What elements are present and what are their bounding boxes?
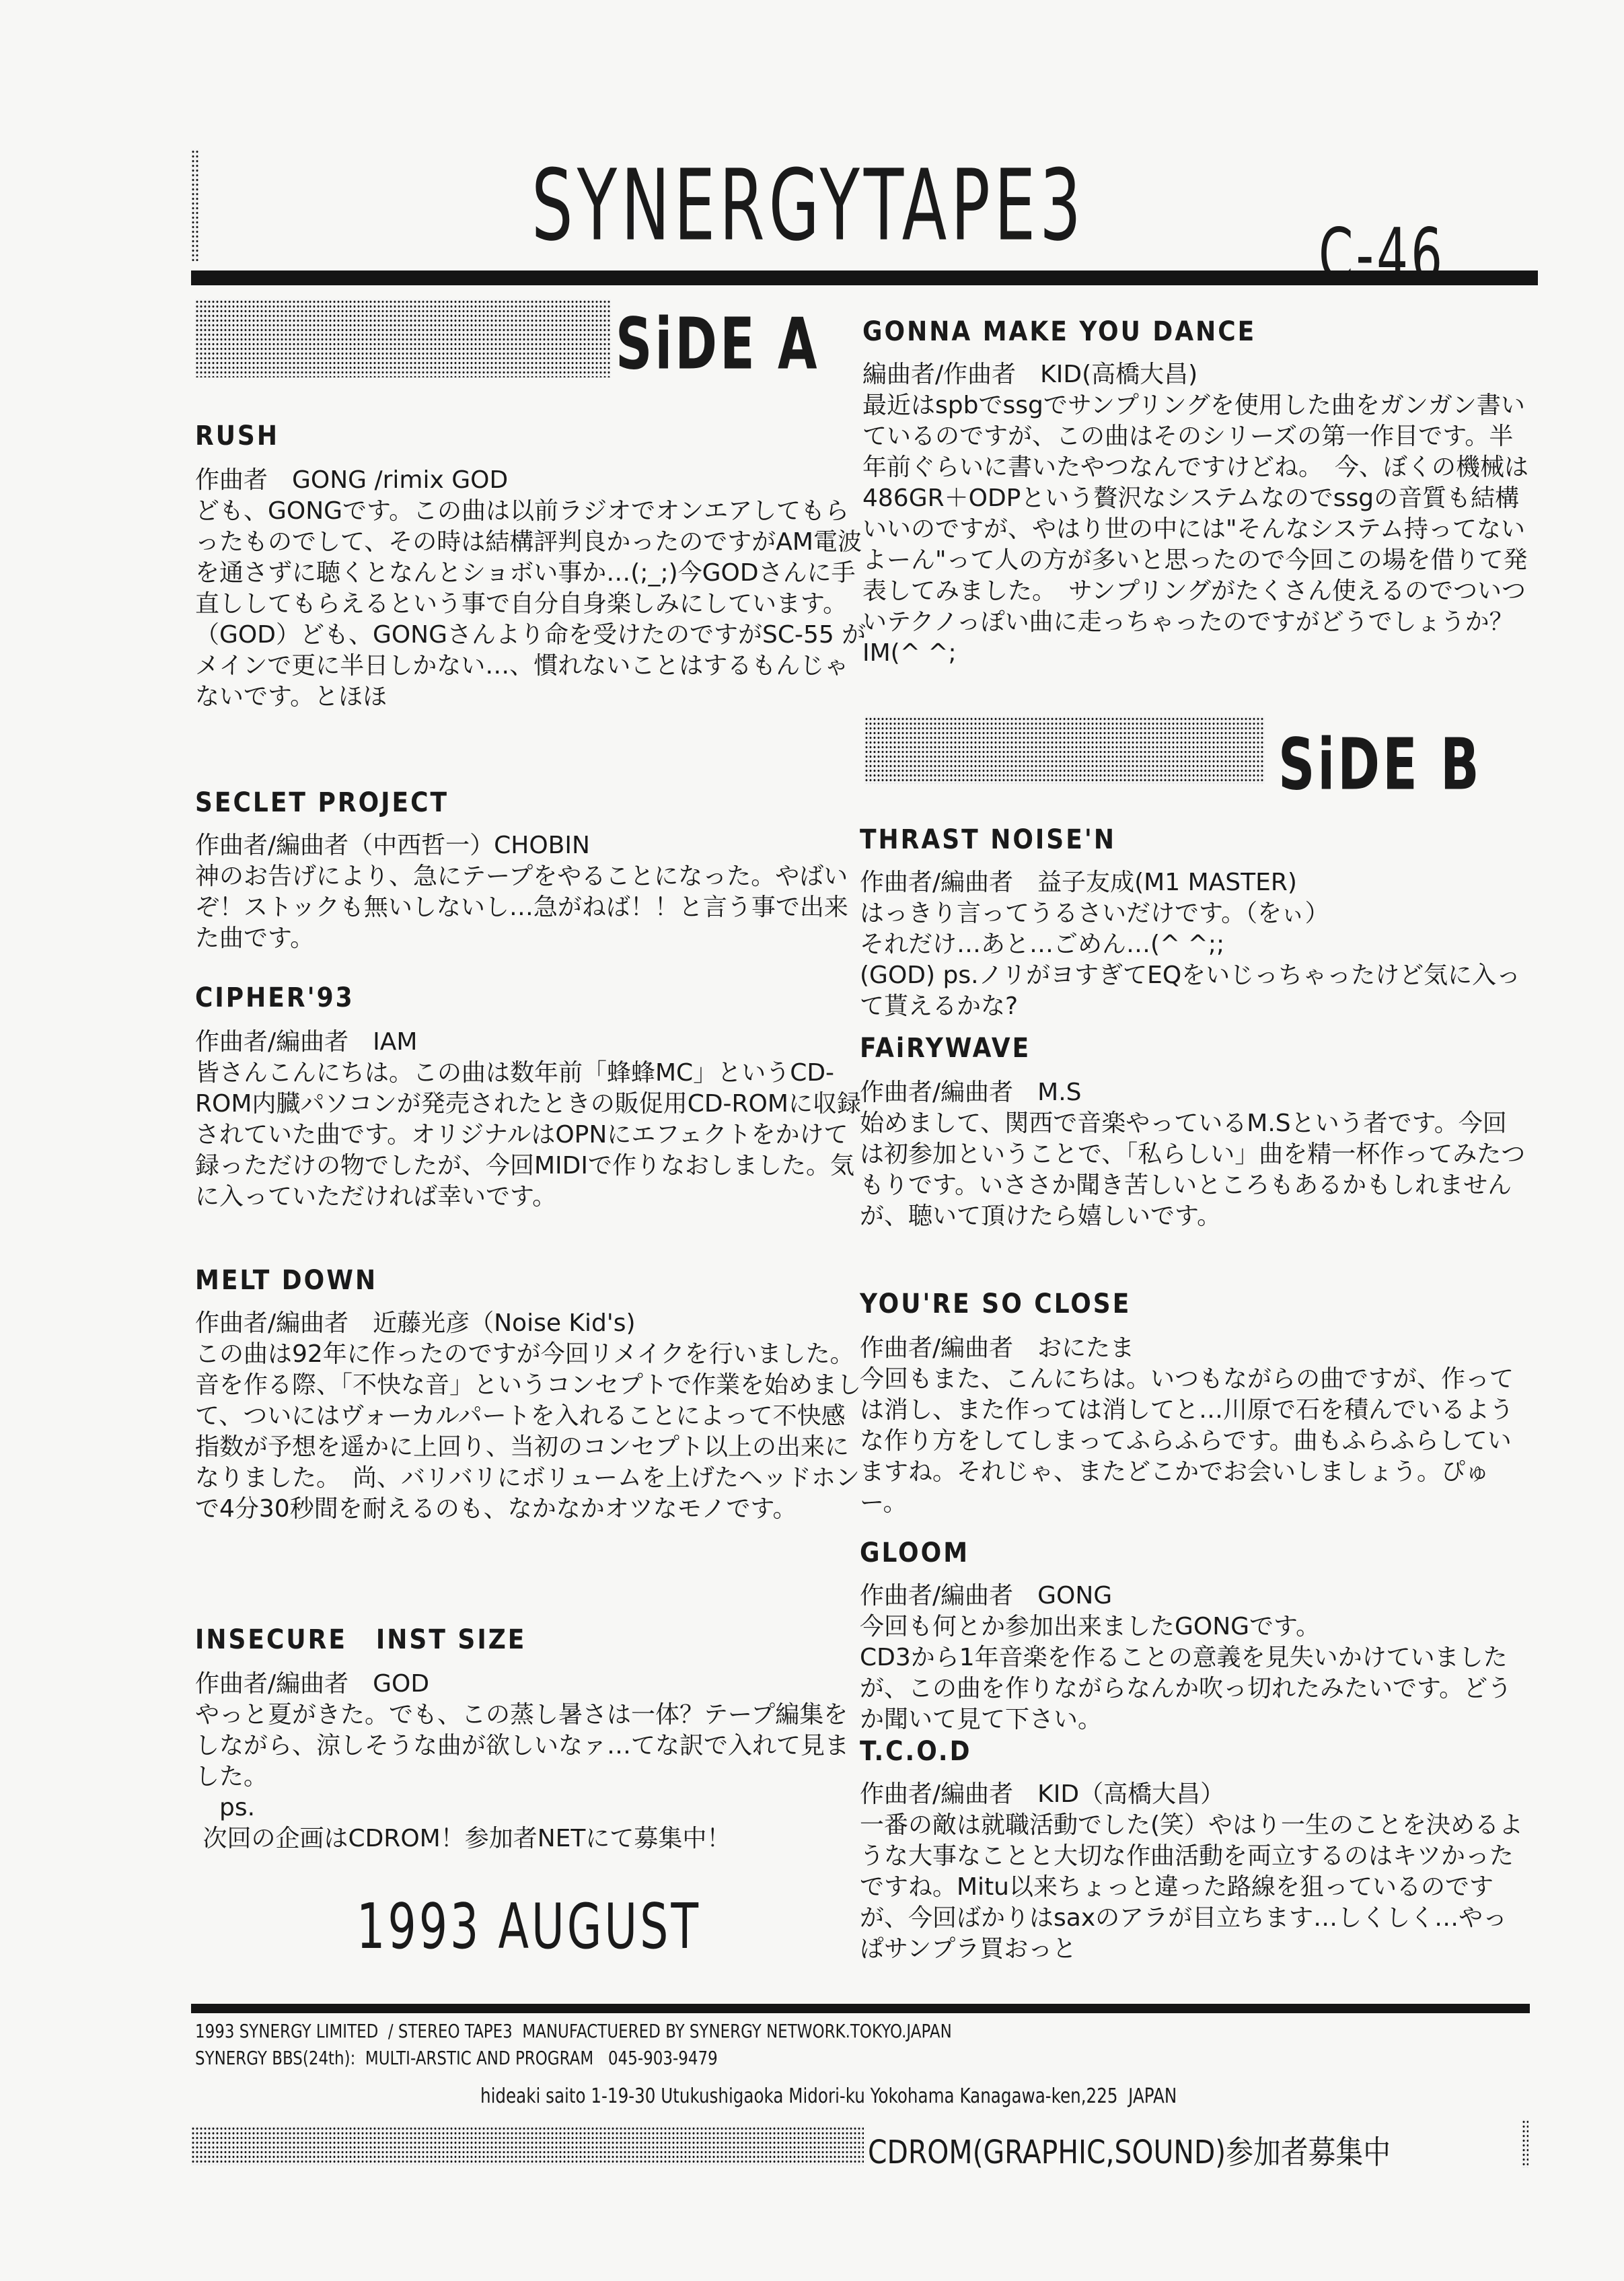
track-notes: 一番の敵は就職活動でした(笑）やはり一生のことを決めるような大事なことと大切な作… (860, 1810, 1526, 1965)
footer-bbs: SYNERGY BBS(24th): MULTI-ARSTIC AND PROG… (195, 2047, 718, 2069)
track-title: SECLET PROJECT (195, 787, 868, 818)
side-b-heading: SiDE B (1278, 723, 1482, 806)
recruit-accent-bar (1522, 2120, 1528, 2168)
side-b-pattern-band (864, 717, 1265, 784)
track-notes: この曲は92年に作ったのですが今回リメイクを行いました。音を作る際、「不快な音」… (195, 1339, 868, 1525)
track-seclet-project: SECLET PROJECT 作曲者/編曲者（中西哲一）CHOBIN 神のお告げ… (195, 787, 868, 954)
release-date: 1993 AUGUST (357, 1891, 701, 1963)
footer-copyright: 1993 SYNERGY LIMITED / STEREO TAPE3 MANU… (195, 2020, 952, 2042)
track-credit: 作曲者/編曲者 GOD (195, 1669, 868, 1700)
track-credit: 作曲者 GONG /rimix GOD (195, 465, 868, 496)
track-title: THRAST NOISE'N (860, 824, 1526, 855)
track-fairywave: FAiRYWAVE 作曲者/編曲者 M.S 始めまして、関西で音楽やっているM.… (860, 1033, 1526, 1232)
track-youre-so-close: YOU'RE SO CLOSE 作曲者/編曲者 おにたま 今回もまた、こんにちは… (860, 1289, 1526, 1519)
track-credit: 作曲者/編曲者 IAM (195, 1027, 868, 1058)
track-notes: 皆さんこんにちは。この曲は数年前「蜂蜂MC」というCD-ROM内臓パソコンが発売… (195, 1058, 868, 1212)
track-melt-down: MELT DOWN 作曲者/編曲者 近藤光彦（Noise Kid's) この曲は… (195, 1265, 868, 1525)
track-credit: 作曲者/編曲者 GONG (860, 1581, 1526, 1612)
title-accent-bar (191, 149, 199, 261)
track-title: GONNA MAKE YOU DANCE (862, 316, 1528, 347)
track-rush: RUSH 作曲者 GONG /rimix GOD ども、GONGです。この曲は以… (195, 421, 868, 713)
track-notes: 最近はspbでssgでサンプリングを使用した曲をガンガン書いているのですが、この… (862, 390, 1528, 669)
track-thrast-noisen: THRAST NOISE'N 作曲者/編曲者 益子友成(M1 MASTER) は… (860, 824, 1526, 1022)
recruit-pattern-band (191, 2126, 864, 2165)
track-title: INSECURE INST SIZE (195, 1618, 868, 1657)
track-insecure-inst-size: INSECURE INST SIZE 作曲者/編曲者 GOD やっと夏がきた。で… (195, 1618, 868, 1854)
track-title: T.C.O.D (860, 1736, 1526, 1767)
track-credit: 編曲者/作曲者 KID(高橋大昌) (862, 359, 1528, 390)
track-notes: 今回もまた、こんにちは。いつもながらの曲ですが、作っては消し、また作っては消して… (860, 1364, 1526, 1519)
track-tcod: T.C.O.D 作曲者/編曲者 KID（高橋大昌） 一番の敵は就職活動でした(笑… (860, 1736, 1526, 1965)
track-credit: 作曲者/編曲者 KID（高橋大昌） (860, 1779, 1526, 1810)
track-credit: 作曲者/編曲者 おにたま (860, 1333, 1526, 1364)
track-notes: はっきり言ってうるさいだけです。（をぃ） それだけ…あと…ごめん…(^ ^;; … (860, 898, 1526, 1022)
side-a-pattern-band (195, 299, 611, 377)
header-rule (191, 270, 1538, 285)
track-title: RUSH (195, 421, 868, 451)
footer-address: hideaki saito 1-19-30 Utukushigaoka Mido… (480, 2085, 1177, 2108)
track-credit: 作曲者/編曲者 M.S (860, 1077, 1526, 1108)
track-cipher93: CIPHER'93 作曲者/編曲者 IAM 皆さんこんにちは。この曲は数年前「蜂… (195, 982, 868, 1212)
track-title: CIPHER'93 (195, 982, 868, 1013)
track-credit: 作曲者/編曲者 近藤光彦（Noise Kid's) (195, 1308, 868, 1339)
track-title: GLOOM (860, 1537, 1526, 1568)
track-credit: 作曲者/編曲者 益子友成(M1 MASTER) (860, 867, 1526, 898)
track-notes: 始めまして、関西で音楽やっているM.Sという者です。今回は初参加ということで、「… (860, 1108, 1526, 1232)
side-a-heading: SiDE A (616, 303, 819, 386)
track-notes: やっと夏がきた。でも、この蒸し暑さは一体？テープ編集をしながら、涼しそうな曲が欲… (195, 1700, 868, 1854)
page-title: SYNERGYTAPE3 (531, 149, 1085, 263)
track-gloom: GLOOM 作曲者/編曲者 GONG 今回も何とか参加出来ましたGONGです。 … (860, 1537, 1526, 1735)
track-title: MELT DOWN (195, 1265, 868, 1296)
recruit-notice: CDROM(GRAPHIC,SOUND)参加者募集中 (868, 2126, 1391, 2173)
track-credit: 作曲者/編曲者（中西哲一）CHOBIN (195, 830, 868, 861)
track-notes: 神のお告げにより、急にテープをやることになった。やばいぞ！ストックも無いしないし… (195, 861, 868, 954)
track-title: YOU'RE SO CLOSE (860, 1289, 1526, 1319)
track-title: FAiRYWAVE (860, 1033, 1526, 1064)
track-gonna-make-you-dance: GONNA MAKE YOU DANCE 編曲者/作曲者 KID(高橋大昌) 最… (862, 316, 1528, 669)
track-notes: ども、GONGです。この曲は以前ラジオでオンエアしてもらったものでして、その時は… (195, 496, 868, 713)
track-notes: 今回も何とか参加出来ましたGONGです。 CD3から1年音楽を作ることの意義を見… (860, 1612, 1526, 1735)
footer-rule (191, 2004, 1530, 2013)
